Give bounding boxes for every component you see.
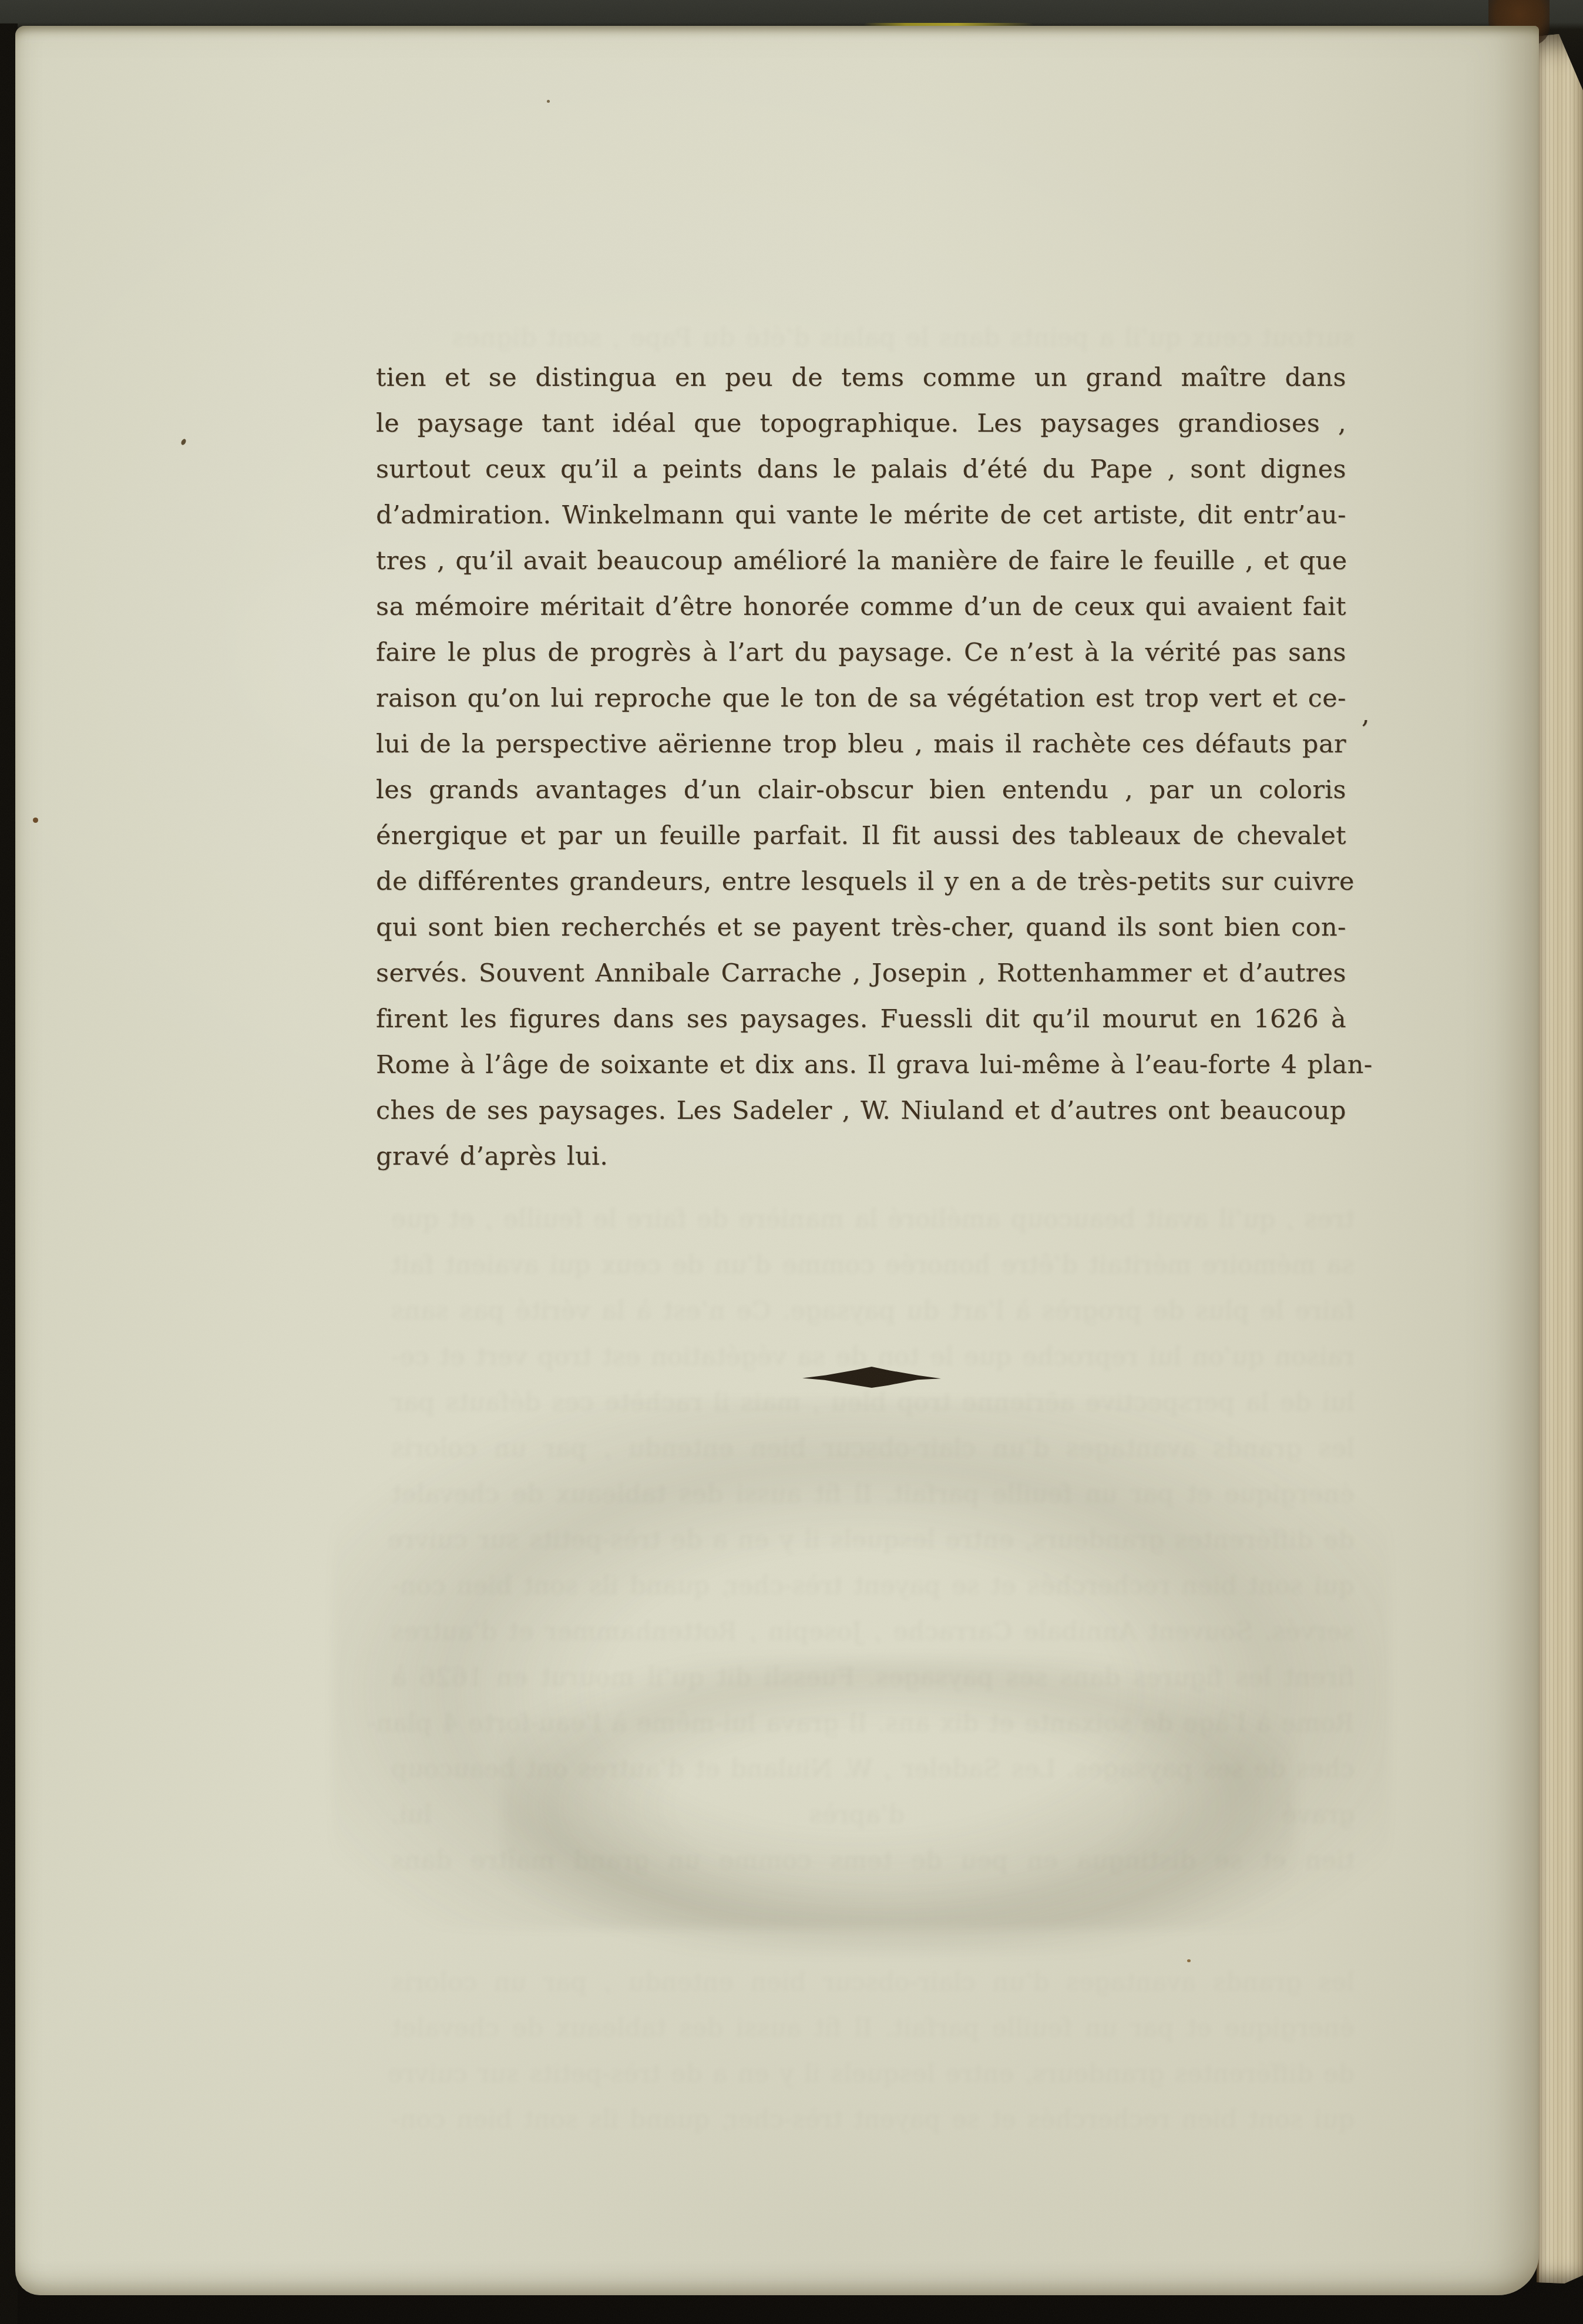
text-line: servés. Souvent Annibale Carrache , Jose… — [376, 950, 1346, 996]
under-pages-edge — [1537, 34, 1583, 2283]
text-line: Rome à l’âge de soixante et dix ans. Il … — [376, 1042, 1346, 1088]
text-line: gravé d’après lui. — [376, 1134, 1346, 1179]
text-line: qui sont bien recherchés et se payent tr… — [376, 904, 1346, 950]
text-line: d’admiration. Winkelmann qui vante le mé… — [376, 492, 1346, 538]
show-through-block-lower: les grands avantages d’un clair-obscur b… — [391, 1959, 1355, 2143]
text-line: lui de la perspective aërienne trop bleu… — [376, 721, 1346, 767]
ink-speck — [33, 818, 38, 823]
text-line: de différentes grandeurs, entre lesquels… — [376, 859, 1346, 904]
ink-speck — [547, 100, 550, 103]
text-line: ches de ses paysages. Les Sadeler , W. N… — [376, 1088, 1346, 1134]
text-line: tien et se distingua en peu de tems comm… — [376, 355, 1346, 401]
text-line: le paysage tant idéal que topographique.… — [376, 401, 1346, 446]
text-line: surtout ceux qu’il a peints dans le pala… — [376, 446, 1346, 492]
section-divider-ornament — [802, 1367, 941, 1388]
text-line: les grands avantages d’un clair-obscur b… — [376, 767, 1346, 813]
text-line: énergique et par un feuille parfait. Il … — [376, 813, 1346, 859]
book-page: surtout ceux qu’il a peints dans le pala… — [15, 26, 1539, 2295]
show-through-line: sa mémoire méritait d’être honorée comme… — [391, 1242, 1355, 1288]
text-line: sa mémoire méritait d’être honorée comme… — [376, 584, 1346, 630]
show-through-line: tres , qu’il avait beaucoup amélioré la … — [391, 1196, 1355, 1242]
show-through-block-header: surtout ceux qu’il a peints dans le pala… — [632, 315, 1355, 361]
stray-comma-mark: , — [1362, 700, 1370, 729]
ink-speck — [180, 438, 187, 446]
paper-stain-inner — [503, 1659, 1296, 1952]
show-through-line: de différentes grandeurs, entre lesquels… — [391, 2051, 1355, 2097]
show-through-line: faire le plus de progrès à l’art du pays… — [391, 1288, 1355, 1334]
text-line: raison qu’on lui reproche que le ton de … — [376, 675, 1346, 721]
page-surface: surtout ceux qu’il a peints dans le pala… — [15, 26, 1539, 2295]
ink-speck — [1187, 1959, 1191, 1962]
text-line: faire le plus de progrès à l’art du pays… — [376, 630, 1346, 675]
text-line: tres , qu’il avait beaucoup amélioré la … — [376, 538, 1346, 584]
show-through-line: les grands avantages d’un clair-obscur b… — [391, 1959, 1355, 2005]
text-line: firent les figures dans ses paysages. Fu… — [376, 996, 1346, 1042]
body-text: tien et se distingua en peu de tems comm… — [376, 355, 1346, 1179]
show-through-line: énergique et par un feuille parfait. Il … — [391, 2005, 1355, 2051]
show-through-line: surtout ceux qu’il a peints dans le pala… — [632, 315, 1355, 361]
show-through-line: qui sont bien recherchés et se payent tr… — [391, 2097, 1355, 2143]
